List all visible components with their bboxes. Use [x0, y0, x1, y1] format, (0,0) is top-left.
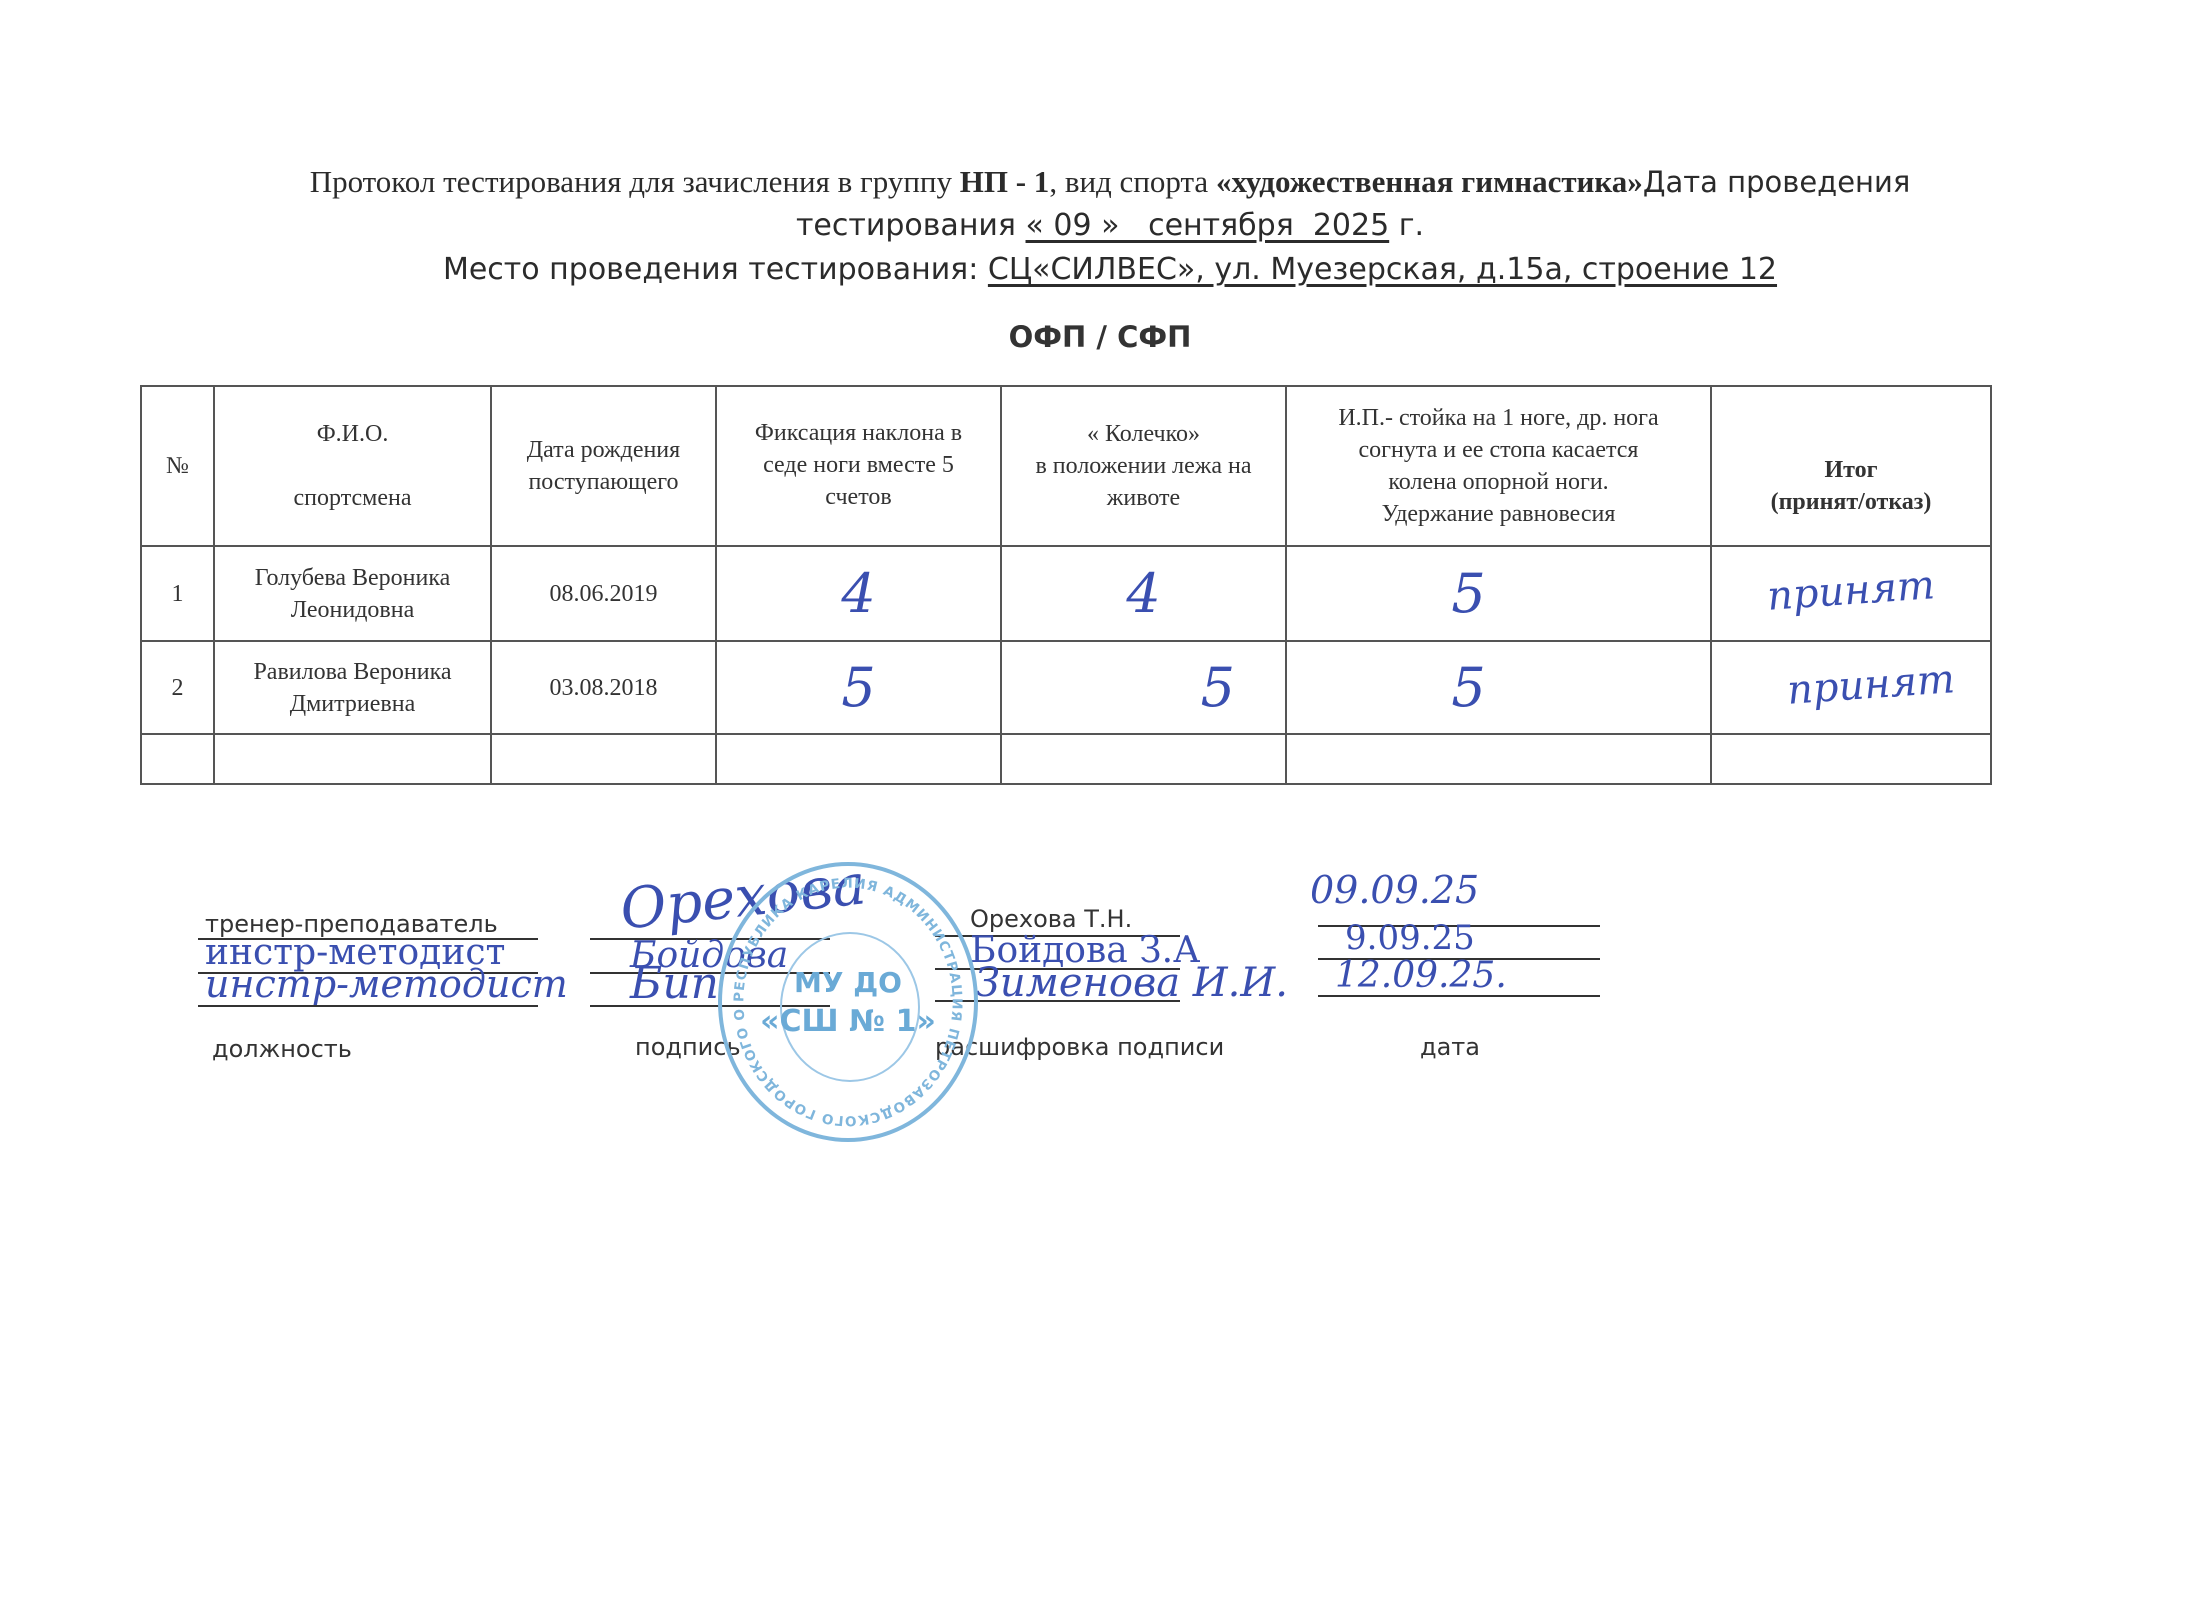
date-label: Дата проведения	[1643, 165, 1911, 199]
title-line-2: тестирования « 09 » сентября 2025 г.	[160, 204, 2060, 248]
position-line-2	[198, 972, 538, 974]
title-line-1: Протокол тестирования для зачисления в г…	[160, 160, 2060, 204]
position-1: тренер-преподаватель	[205, 910, 498, 938]
result	[1711, 734, 1991, 784]
group-name: НП - 1	[960, 164, 1050, 199]
name-2: Бойдова З.А	[970, 930, 1200, 971]
date-line-2	[1318, 958, 1600, 960]
signature-3: Бип	[630, 958, 719, 1009]
col-header-test-1: Фиксация наклона вседе ноги вместе 5счет…	[716, 386, 1001, 546]
test-1-score: 5	[716, 641, 1001, 734]
birth-date	[491, 734, 716, 784]
test-3-score: 5	[1286, 641, 1711, 734]
col-header-number: №	[141, 386, 214, 546]
year-suffix: г.	[1389, 208, 1424, 243]
test-2-score: 4	[1001, 546, 1286, 641]
table-row: 1 Голубева ВероникаЛеонидовна 08.06.2019…	[141, 546, 1991, 641]
result: принят	[1711, 546, 1991, 641]
date-3: 12.09.25.	[1335, 955, 1507, 996]
table-row-empty	[141, 734, 1991, 784]
stamp-center-2: «СШ № 1»	[722, 1004, 974, 1039]
test-2-score	[1001, 734, 1286, 784]
date-1: 09.09.25	[1310, 868, 1479, 912]
position-3: инстр-методист	[205, 962, 568, 1006]
result: принят	[1711, 641, 1991, 734]
col-header-test-3: И.П.- стойка на 1 ноге, др. ногасогнута …	[1286, 386, 1711, 546]
document-header: Протокол тестирования для зачисления в г…	[160, 160, 2060, 292]
label-date: дата	[1420, 1033, 1480, 1061]
label-name: расшифровка подписи	[935, 1033, 1224, 1061]
test-3-score	[1286, 734, 1711, 784]
title-prefix: Протокол тестирования для зачисления в г…	[310, 164, 960, 199]
col-header-test-2: « Колечко»в положении лежа наживоте	[1001, 386, 1286, 546]
title-line-3: Место проведения тестирования: СЦ«СИЛВЕС…	[160, 248, 2060, 292]
row-number: 1	[141, 546, 214, 641]
col-header-result: Итог(принят/отказ)	[1711, 386, 1991, 546]
test-2-score: 5	[1001, 641, 1286, 734]
label-position: должность	[212, 1035, 352, 1063]
date-2: 9.09.25	[1345, 918, 1475, 958]
position-line-3	[198, 1005, 538, 1007]
row-number	[141, 734, 214, 784]
section-title: ОФП / СФП	[0, 320, 2200, 354]
name-1: Орехова Т.Н.	[970, 905, 1132, 933]
test-1-score: 4	[716, 546, 1001, 641]
table-row: 2 Равилова ВероникаДмитриевна 03.08.2018…	[141, 641, 1991, 734]
stamp-center-1: МУ ДО	[722, 966, 974, 999]
col-header-dob: Дата рожденияпоступающего	[491, 386, 716, 546]
position-line-1	[198, 938, 538, 940]
name-3: Зименова И.И.	[975, 960, 1288, 1006]
table-header-row: № Ф.И.О.спортсмена Дата рожденияпоступаю…	[141, 386, 1991, 546]
birth-date: 08.06.2019	[491, 546, 716, 641]
test-date: « 09 » сентября 2025	[1026, 208, 1390, 243]
date-label-cont: тестирования	[796, 208, 1026, 243]
test-place: СЦ«СИЛВЕС», ул. Муезерская, д.15а, строе…	[988, 252, 1777, 287]
title-mid: , вид спорта	[1049, 164, 1216, 199]
date-line-1	[1318, 925, 1600, 927]
position-2: инстр-методист	[205, 932, 505, 973]
athlete-name: Равилова ВероникаДмитриевна	[214, 641, 491, 734]
results-table: № Ф.И.О.спортсмена Дата рожденияпоступаю…	[140, 385, 1992, 785]
test-3-score: 5	[1286, 546, 1711, 641]
date-line-3	[1318, 995, 1600, 997]
test-1-score	[716, 734, 1001, 784]
row-number: 2	[141, 641, 214, 734]
place-label: Место проведения тестирования:	[443, 252, 988, 287]
col-header-fio: Ф.И.О.спортсмена	[214, 386, 491, 546]
sport-name: «художественная гимнастика»	[1216, 164, 1643, 199]
athlete-name: Голубева ВероникаЛеонидовна	[214, 546, 491, 641]
athlete-name	[214, 734, 491, 784]
birth-date: 03.08.2018	[491, 641, 716, 734]
official-stamp: РЕСПУБЛИКА КАРЕЛИЯ АДМИНИСТРАЦИЯ ПЕТРОЗА…	[718, 862, 978, 1142]
